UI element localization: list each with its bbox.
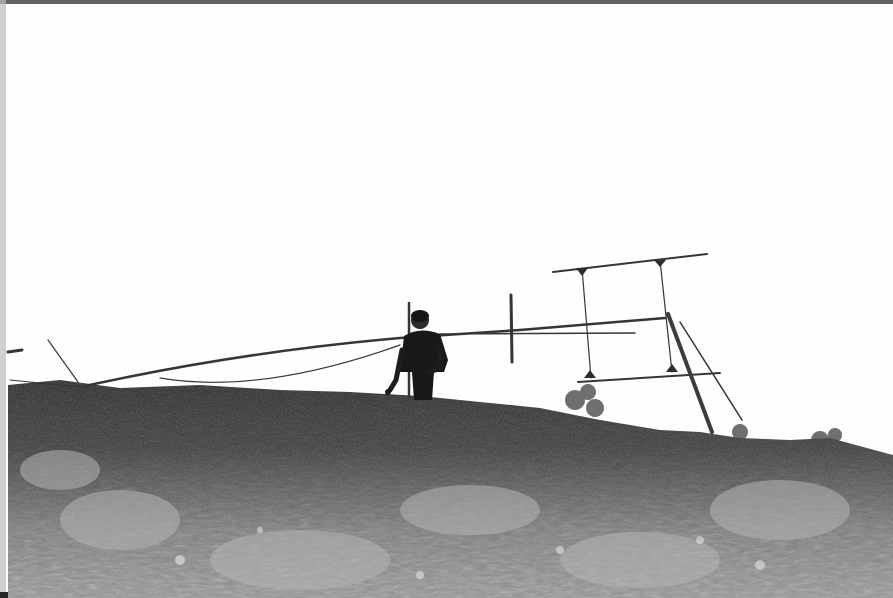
- photograph: [0, 0, 893, 598]
